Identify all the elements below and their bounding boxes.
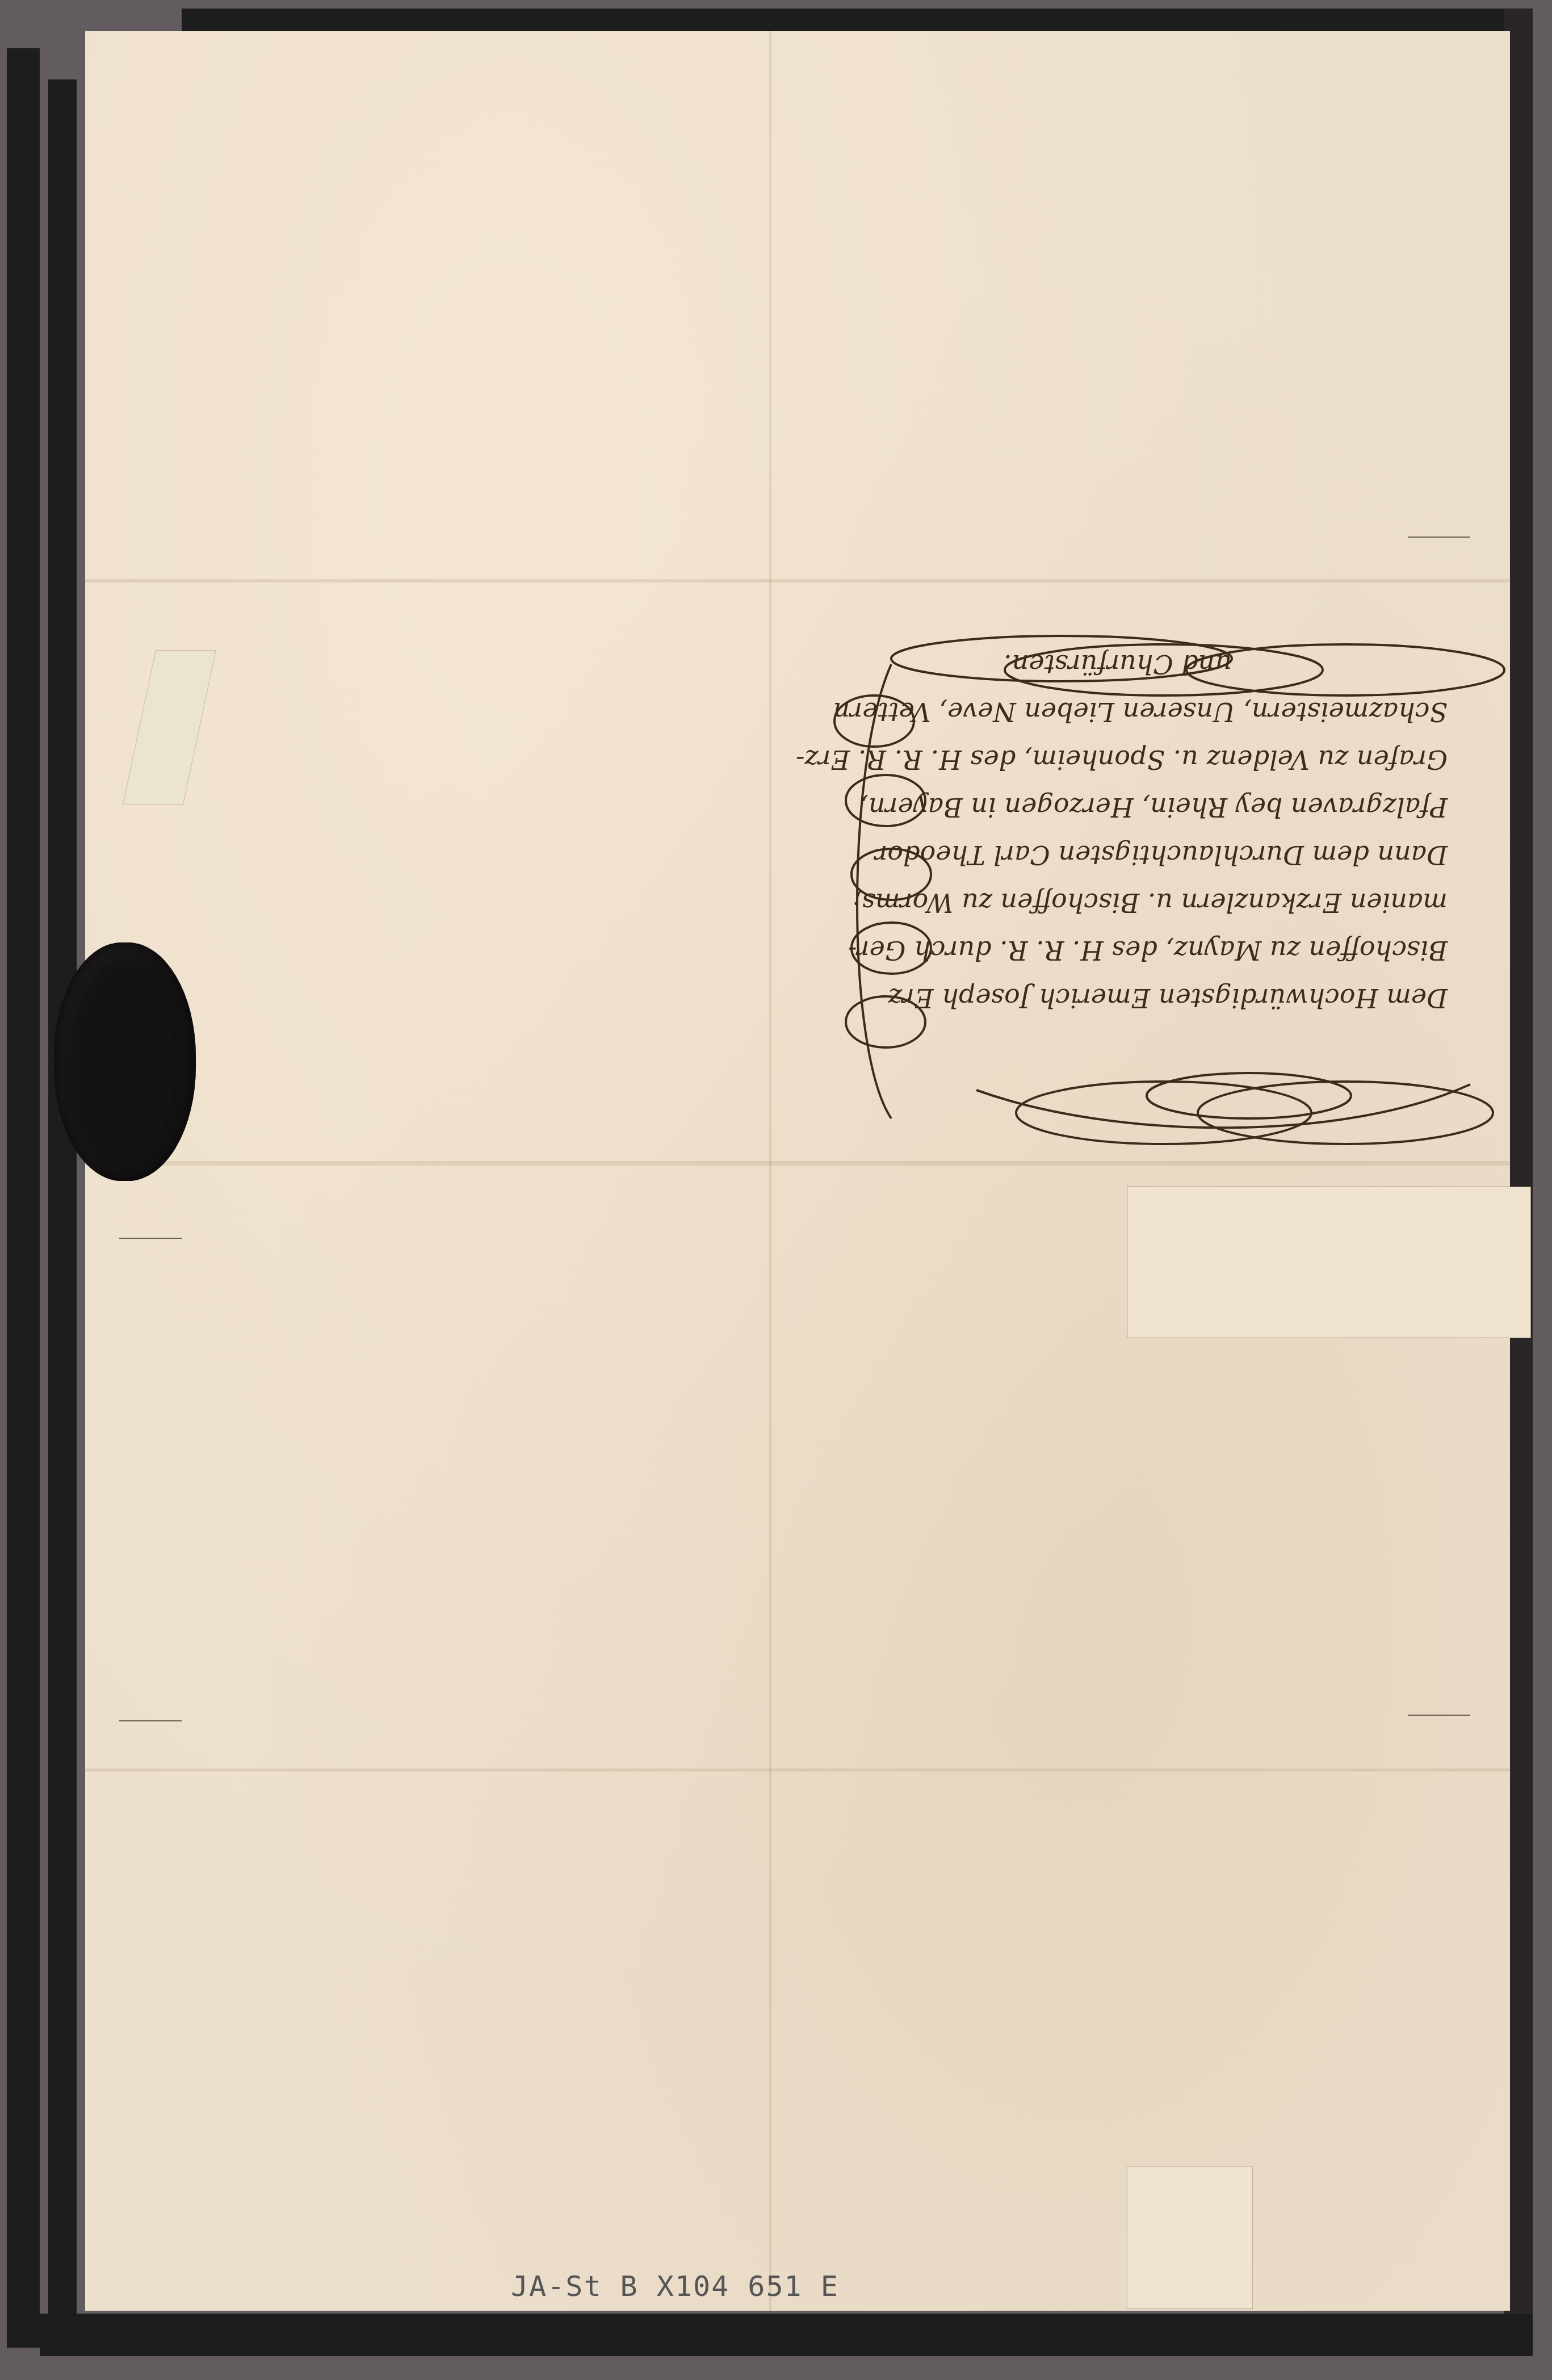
bottom-frame-band [40,2314,1533,2356]
wax-seal [54,942,196,1181]
address-line: Schazmeistern, Unseren Lieben Neve, Vett… [880,688,1448,736]
left-outer-frame-band [7,48,40,2348]
margin-tick [119,1238,182,1239]
margin-tick [1408,537,1470,538]
address-text: Dem Hochwürdigsten Emerich Joseph Erz- B… [880,640,1448,1022]
address-line: manien Erzkanzlern u. Bischoffen zu Worm… [880,879,1448,927]
horizontal-fold [85,579,1510,583]
horizontal-fold [85,1769,1510,1771]
address-line: Pfalzgraven bey Rhein, Herzogen in Bayer… [880,783,1448,831]
vertical-fold [769,31,771,2311]
address-line: Grafen zu Veldenz u. Sponheim, des H. R.… [880,736,1448,783]
address-line: Dann dem Durchlauchtigsten Carl Theodor [880,831,1448,879]
pasted-paper-patch [1127,2166,1253,2309]
margin-tick [1408,1715,1470,1716]
address-block: Dem Hochwürdigsten Emerich Joseph Erz- B… [823,619,1516,1164]
document-page [85,31,1510,2311]
left-inner-frame-band [48,79,77,2333]
pasted-paper-patch [1127,1187,1531,1338]
margin-tick [119,1720,182,1721]
archival-shelfmark: JA-St B X104 651 E [511,2270,839,2303]
address-line: und Churfürsten. [880,640,1448,688]
address-line: Dem Hochwürdigsten Emerich Joseph Erz- [880,974,1448,1022]
address-line: Bischoffen zu Maynz, des H. R. R. durch … [880,927,1448,974]
